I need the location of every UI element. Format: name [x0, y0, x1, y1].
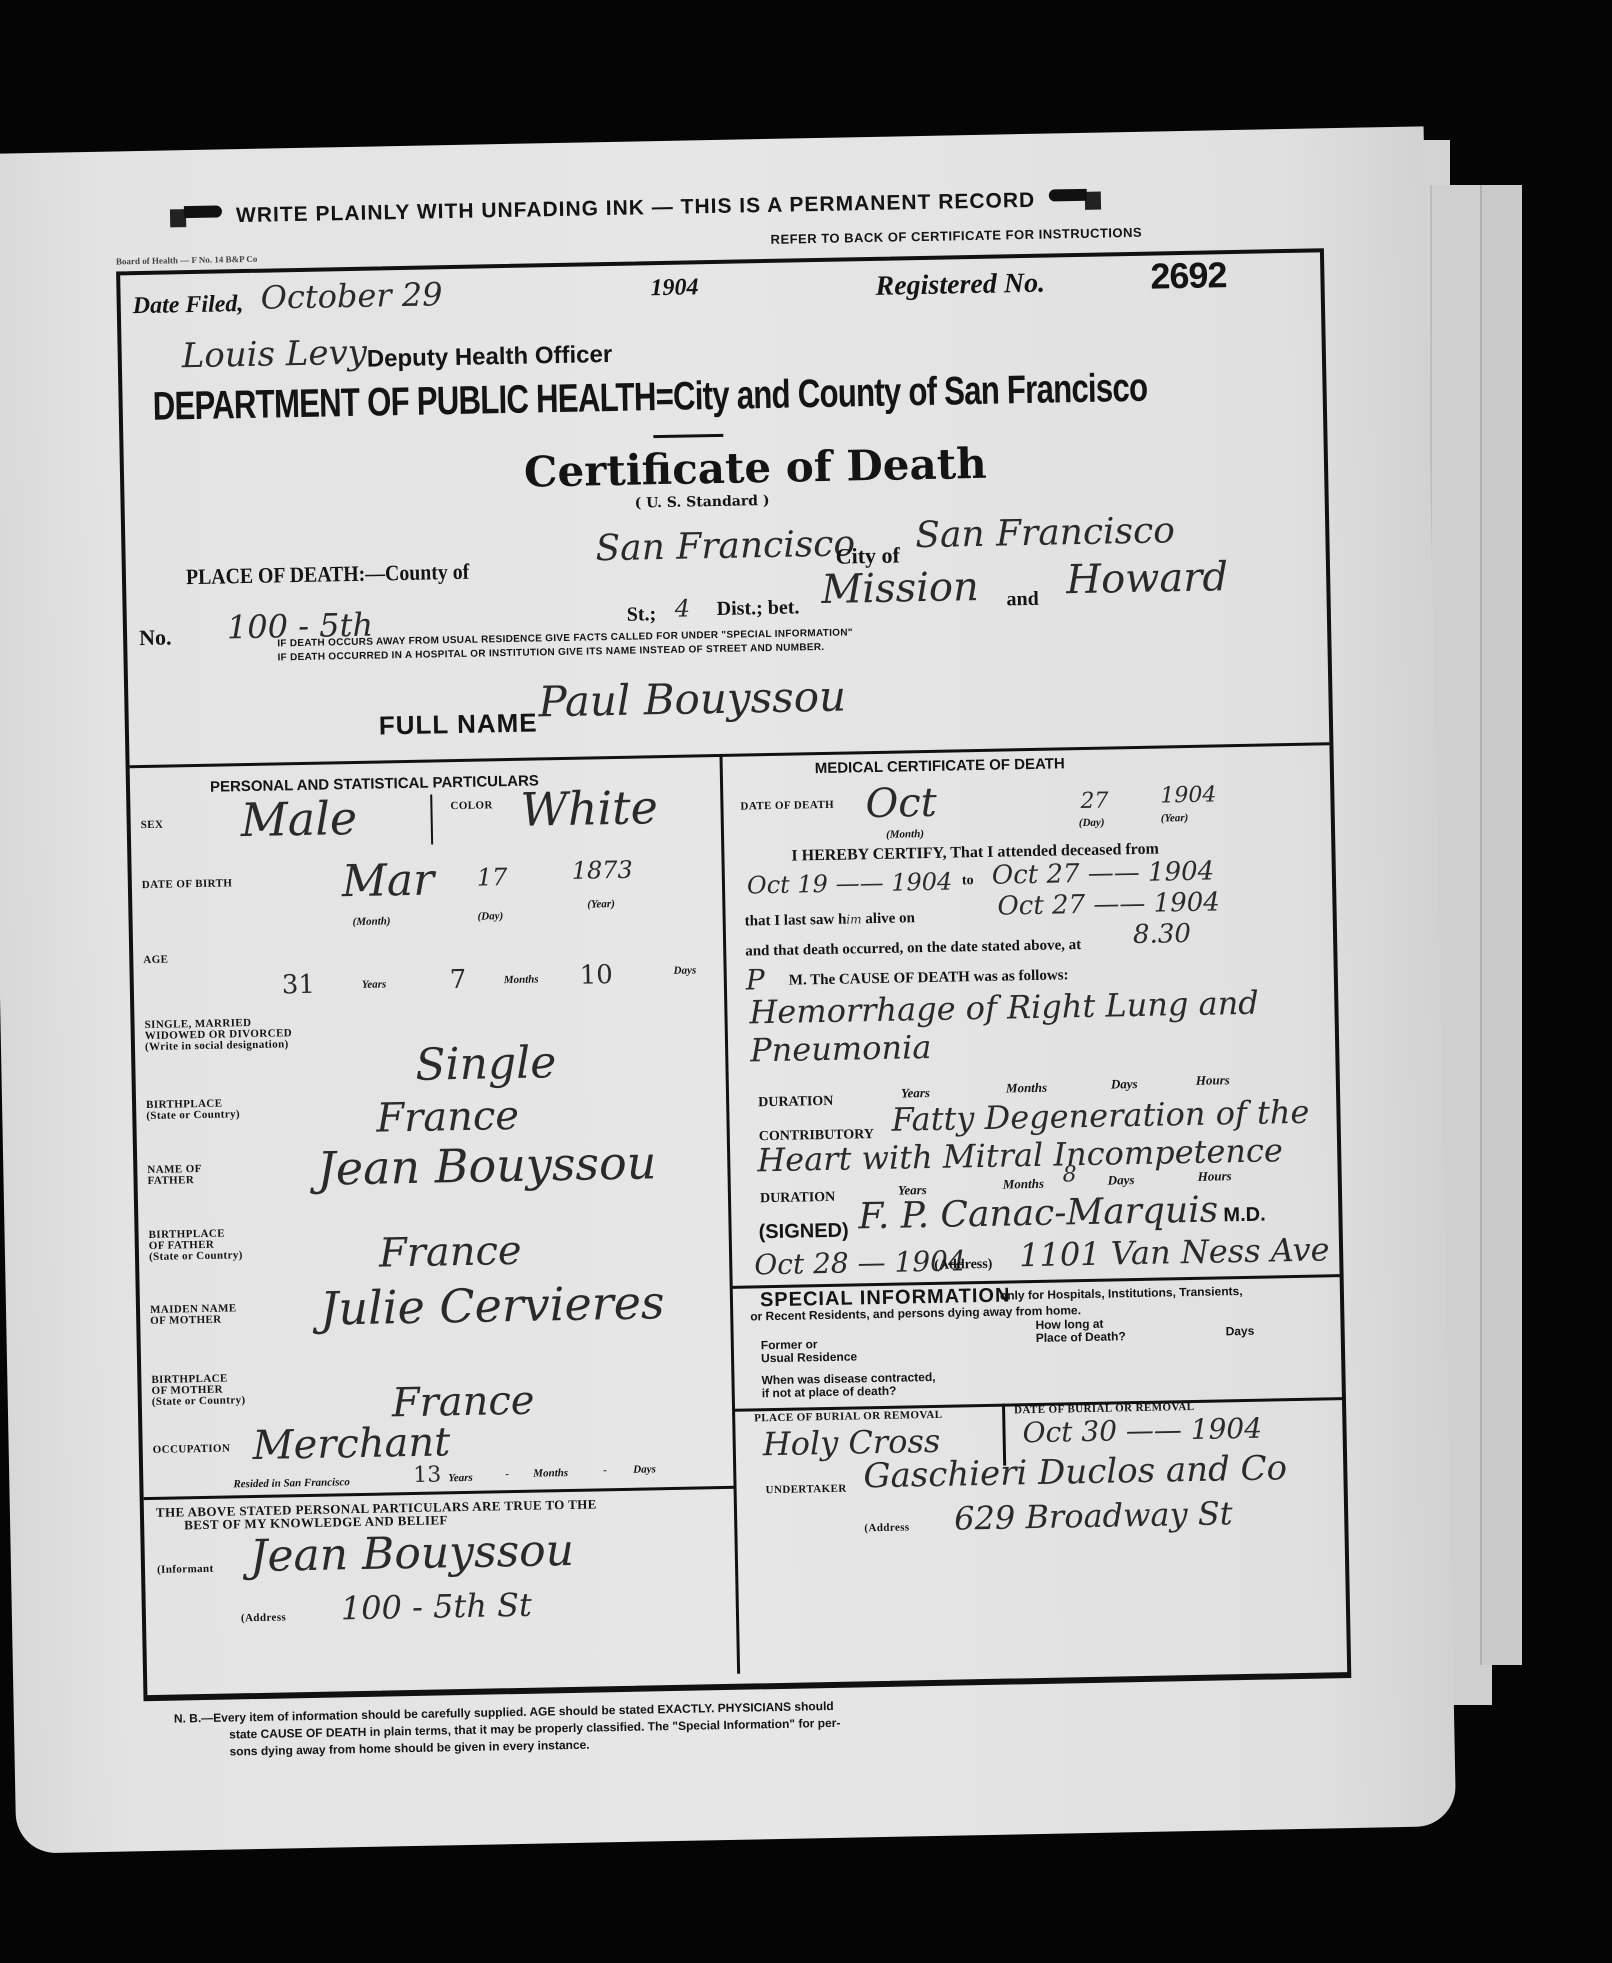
how-long-days-label: Days	[1226, 1324, 1255, 1339]
days-caption: Days	[674, 964, 697, 976]
alive-on-label: alive on	[865, 910, 915, 927]
certificate-frame: Date Filed, October 29 1904 Registered N…	[116, 248, 1351, 1701]
officer-title: Deputy Health Officer	[367, 341, 613, 374]
ink-banner: WRITE PLAINLY WITH UNFADING INK — THIS I…	[170, 184, 1270, 229]
sex-value: Male	[240, 791, 357, 847]
date-of-death-label: DATE OF DEATH	[740, 800, 834, 813]
to-label: to	[962, 873, 974, 889]
ward-value: 4	[674, 595, 690, 623]
duration-days-caption: Days	[1108, 1172, 1135, 1189]
full-name-label: FULL NAME	[379, 707, 538, 741]
resided-months: -	[505, 1468, 509, 1480]
death-day: 27	[1080, 789, 1108, 815]
section-divider	[130, 742, 1330, 768]
between-street-2: Howard	[1066, 554, 1229, 603]
age-years: 31	[282, 970, 316, 1001]
father-birthplace: France	[379, 1228, 522, 1277]
resided-days-caption: Days	[633, 1463, 656, 1475]
date-filed-year: 1904	[650, 274, 699, 302]
stacked-page	[1480, 185, 1522, 1665]
last-saw-label: that I last saw h	[745, 912, 847, 930]
certificate-subtitle: ( U. S. Standard )	[634, 493, 769, 512]
street-label: St.;	[627, 603, 657, 627]
duration-months-caption: Months	[1003, 1176, 1045, 1193]
duration-hours-caption: Hours	[1198, 1168, 1232, 1185]
occurred-text: and that death occurred, on the date sta…	[745, 937, 1081, 960]
refer-instructions: REFER TO BACK OF CERTIFICATE FOR INSTRUC…	[770, 225, 1142, 247]
dob-month: Mar	[341, 854, 434, 907]
column-divider	[719, 754, 740, 1674]
medical-section-title: MEDICAL CERTIFICATE OF DEATH	[815, 755, 1065, 777]
place-of-death-label: PLACE OF DEATH:—County of	[186, 559, 470, 590]
special-info-subtitle-1: only for Hospitals, Institutions, Transi…	[1000, 1284, 1243, 1303]
informant-name: Jean Bouyssou	[249, 1525, 574, 1582]
mother-birthplace-label-3: (State or Country)	[152, 1395, 246, 1408]
mother-label-2: OF MOTHER	[150, 1315, 222, 1327]
printer-mark: Board of Health — F No. 14 B&P Co	[116, 254, 258, 267]
dob-label: DATE OF BIRTH	[142, 878, 233, 891]
father-label-2: FATHER	[147, 1175, 194, 1187]
attended-from: Oct 19 —— 1904	[747, 868, 953, 900]
sex-label: SEX	[141, 820, 164, 831]
between-street-1: Mission	[821, 564, 979, 613]
nb-footer: N. B.—Every item of information should b…	[174, 1698, 841, 1762]
officer-signature: Louis Levy	[181, 333, 367, 377]
last-saw-date: Oct 27 —— 1904	[997, 887, 1220, 921]
death-time: 8.30	[1133, 919, 1191, 950]
marital-label-3: (Write in social designation)	[145, 1039, 289, 1053]
full-name-value: Paul Bouyssou	[538, 672, 847, 727]
year-caption: (Year)	[587, 898, 615, 911]
undertaker-name: Gaschieri Duclos and Co	[863, 1448, 1287, 1496]
registered-number: 2692	[1150, 254, 1227, 297]
cause-line-1: Hemorrhage of Right Lung and	[749, 984, 1259, 1032]
day-caption: (Day)	[477, 910, 503, 922]
section-divider	[144, 1486, 736, 1500]
informant-address: 100 - 5th St	[340, 1586, 532, 1628]
month-caption: (Month)	[886, 828, 924, 841]
duration-months-caption: Months	[1006, 1080, 1048, 1097]
certificate-title: Certificate of Death	[524, 439, 988, 497]
duration-days-caption: Days	[1111, 1076, 1138, 1093]
former-residence-label-2: Usual Residence	[761, 1349, 857, 1365]
father-name: Jean Bouyssou	[317, 1135, 657, 1195]
burial-date: Oct 30 —— 1904	[1022, 1412, 1262, 1450]
street-number-label: No.	[139, 624, 172, 651]
registered-label: Registered No.	[875, 268, 1045, 303]
age-months: 7	[449, 965, 466, 995]
dob-day: 17	[477, 863, 508, 892]
resided-label: Resided in San Francisco	[233, 1476, 350, 1490]
duration-years-caption: Years	[901, 1085, 930, 1102]
occupation-value: Merchant	[252, 1419, 450, 1469]
contracted-label-2: if not at place of death?	[762, 1384, 897, 1401]
nb-label: N. B.—	[174, 1711, 214, 1726]
father-birthplace-label-3: (State or Country)	[149, 1250, 243, 1263]
duration-label: DURATION	[758, 1094, 833, 1111]
last-saw-pronoun: im	[846, 912, 861, 926]
pointing-hand-icon	[170, 205, 222, 228]
how-long-label-2: Place of Death?	[1036, 1329, 1126, 1345]
duration-months-value: 8	[1062, 1162, 1076, 1187]
divider	[653, 434, 723, 438]
informant-label: (Informant	[157, 1564, 214, 1576]
physician-address: 1101 Van Ness Ave	[1019, 1230, 1330, 1274]
informant-address-label: (Address	[241, 1612, 286, 1624]
resided-months-caption: Months	[533, 1467, 568, 1480]
age-days: 10	[579, 960, 613, 991]
undertaker-address: 629 Broadway St	[954, 1494, 1233, 1537]
month-caption: (Month)	[353, 915, 391, 928]
county-value: San Francisco	[595, 523, 855, 569]
duration-label: DURATION	[760, 1190, 835, 1207]
occupation-label: OCCUPATION	[153, 1443, 231, 1455]
color-label: COLOR	[450, 800, 493, 812]
death-month: Oct	[865, 780, 937, 827]
meridiem: P	[745, 963, 764, 996]
signed-label: (SIGNED)	[758, 1220, 848, 1245]
and-label: and	[1006, 588, 1039, 612]
duration-hours-caption: Hours	[1196, 1072, 1230, 1089]
age-label: AGE	[143, 955, 168, 966]
pointing-hand-icon	[1049, 189, 1101, 212]
district-label: Dist.; bet.	[716, 596, 799, 621]
mother-name: Julie Cervieres	[320, 1275, 665, 1336]
date-filed-value: October 29	[260, 275, 443, 316]
last-saw-text: that I last saw him alive on	[745, 910, 916, 930]
birthplace-label-sub: (State or Country)	[146, 1109, 240, 1122]
attended-to: Oct 27 —— 1904	[992, 856, 1215, 890]
color-value: White	[520, 780, 658, 837]
year-caption: (Year)	[1161, 812, 1189, 825]
cause-line-2: Pneumonia	[750, 1028, 932, 1069]
banner-text: WRITE PLAINLY WITH UNFADING INK — THIS I…	[236, 189, 1036, 228]
death-year: 1904	[1160, 782, 1216, 808]
birthplace-value: France	[376, 1093, 519, 1142]
marital-value: Single	[415, 1037, 557, 1091]
physician-signature: F. P. Canac-Marquis	[858, 1189, 1219, 1237]
cause-label: M. The CAUSE OF DEATH was as follows:	[789, 967, 1069, 989]
months-caption: Months	[504, 973, 539, 986]
md-label: M.D.	[1223, 1204, 1266, 1228]
dob-year: 1873	[571, 856, 633, 885]
divider	[430, 794, 433, 844]
physician-address-label: (Address)	[934, 1257, 992, 1274]
city-value: San Francisco	[915, 510, 1175, 556]
resided-years-caption: Years	[448, 1472, 473, 1484]
resided-years: 13	[413, 1462, 441, 1488]
undertaker-label: UNDERTAKER	[766, 1484, 847, 1497]
day-caption: (Day)	[1079, 817, 1105, 829]
undertaker-address-label: (Address	[864, 1522, 909, 1534]
resided-days: -	[603, 1464, 607, 1476]
department-title: DEPARTMENT OF PUBLIC HEALTH=City and Cou…	[152, 366, 1147, 430]
death-certificate: WRITE PLAINLY WITH UNFADING INK — THIS I…	[0, 126, 1456, 1853]
years-caption: Years	[362, 978, 387, 990]
date-filed-label: Date Filed,	[133, 291, 244, 320]
